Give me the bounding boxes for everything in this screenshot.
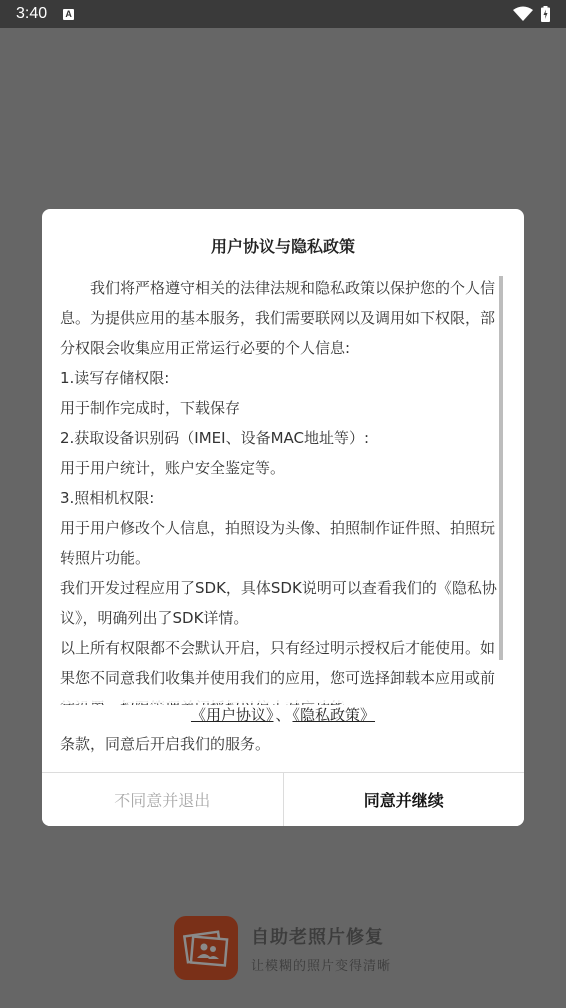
background-app-brand: 自助老照片修复 让模糊的照片变得清晰 — [174, 916, 391, 980]
photo-stack-icon — [183, 928, 229, 968]
scroll-fade — [60, 693, 506, 703]
policy-paragraph: 用于用户统计，账户安全鉴定等。 — [60, 453, 506, 483]
status-bar: 3:40 A — [0, 0, 566, 28]
status-icons — [513, 6, 550, 22]
status-time: 3:40 — [16, 5, 47, 23]
consent-tail-text: 条款，同意后开启我们的服务。 — [60, 729, 270, 759]
notification-a-icon: A — [63, 9, 74, 20]
policy-paragraph: 我们将严格遵守相关的法律法规和隐私政策以保护您的个人信息。为提供应用的基本服务，… — [60, 273, 506, 363]
privacy-policy-link[interactable]: 《隐私政策》 — [291, 706, 378, 724]
policy-paragraph: 用于用户修改个人信息，拍照设为头像、拍照制作证件照、拍照玩转照片功能。 — [60, 513, 506, 573]
policy-paragraph: 3.照相机权限: — [60, 483, 506, 513]
policy-links: 《用户协议》、《隐私政策》 — [42, 705, 524, 725]
policy-paragraph: 1.读写存储权限: — [60, 363, 506, 393]
disagree-exit-button[interactable]: 不同意并退出 — [42, 773, 284, 826]
dialog-title: 用户协议与隐私政策 — [42, 234, 524, 257]
wifi-icon — [513, 6, 533, 22]
scrollbar[interactable] — [499, 276, 503, 660]
app-name: 自助老照片修复 — [251, 923, 391, 949]
privacy-dialog: 用户协议与隐私政策 我们将严格遵守相关的法律法规和隐私政策以保护您的个人信息。为… — [42, 209, 524, 826]
link-separator: 、 — [275, 706, 290, 724]
dialog-buttons: 不同意并退出 同意并继续 — [42, 772, 524, 826]
app-logo — [174, 916, 238, 980]
policy-scroll-area[interactable]: 我们将严格遵守相关的法律法规和隐私政策以保护您的个人信息。为提供应用的基本服务，… — [60, 273, 506, 705]
agree-continue-button[interactable]: 同意并继续 — [284, 773, 525, 826]
app-tagline: 让模糊的照片变得清晰 — [251, 955, 391, 974]
user-agreement-link[interactable]: 《用户协议》 — [189, 706, 276, 724]
policy-paragraph: 2.获取设备识别码（IMEI、设备MAC地址等）: — [60, 423, 506, 453]
policy-paragraph: 我们开发过程应用了SDK，具体SDK说明可以查看我们的《隐私协议》，明确列出了S… — [60, 573, 506, 633]
policy-paragraph: 用于制作完成时，下载保存 — [60, 393, 506, 423]
battery-charging-icon — [541, 6, 550, 22]
